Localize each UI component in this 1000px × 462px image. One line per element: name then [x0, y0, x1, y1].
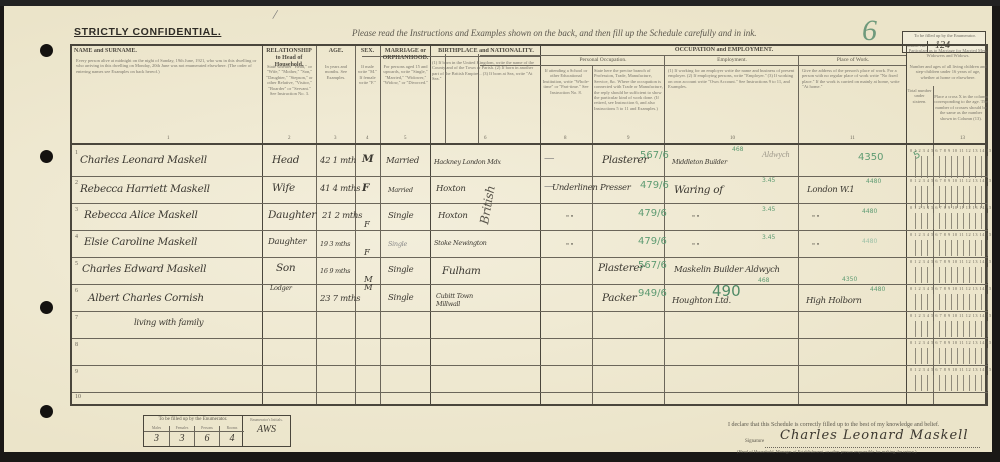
col-number: 9 [627, 136, 630, 141]
punch-hole [40, 405, 53, 418]
children-age-grid: 0 1 2 3 4 5 6 7 8 9 10 11 12 13 14 15 [910, 313, 988, 318]
totals-caption: To be filled up by the Enumerator. [144, 417, 242, 422]
relationship: Head [272, 154, 299, 166]
col-header-birthplace: BIRTHPLACE and NATIONALITY. [432, 48, 540, 55]
occupation-code: 567/6 [638, 260, 667, 271]
employer: " " [692, 214, 699, 222]
marital-status: Single [388, 265, 413, 275]
col-header-marriage: MARRIAGE or ORPHANHOOD. [382, 48, 429, 62]
relationship: Lodger [270, 284, 292, 292]
employer-code: 490 [712, 282, 741, 300]
col-number: 6 [484, 136, 487, 141]
workplace-code: 4350 [858, 152, 883, 163]
employer: Waring of [674, 184, 723, 196]
col-number: 1 [167, 136, 170, 141]
punch-hole [40, 150, 53, 163]
person-name: Charles Edward Maskell [82, 263, 206, 275]
person-name: Charles Leonard Maskell [80, 154, 207, 166]
col-header-children-total: Total number under sixteen. [907, 88, 932, 134]
children-age-grid: 0 1 2 3 4 5 6 7 8 9 10 11 12 13 14 15 [910, 232, 988, 237]
occupation: " " [566, 242, 573, 250]
col-header-name: NAME and SURNAME. [74, 48, 260, 55]
relationship: Daughter [268, 209, 316, 221]
totals-males: Males3 [144, 426, 169, 446]
col-header-marriage-text: For persons aged 15 and upwards, write "… [382, 64, 429, 134]
row-number: 2 [75, 180, 78, 186]
row-annotation: living with family [134, 318, 203, 328]
employer: Maskelin Builder Aldwych [674, 265, 780, 275]
totals-rooms: Rooms4 [219, 426, 244, 446]
occupation-code: 479/6 [638, 208, 667, 219]
employer-code: 468 [758, 277, 769, 284]
col-header-sex: SEX. [356, 48, 379, 55]
occupation: " " [566, 214, 573, 222]
col-header-occupation-group: OCCUPATION and EMPLOYMENT. [542, 47, 906, 54]
employer: Middleton Builder [672, 158, 727, 166]
signature-note: (Head of Household, Manager of Establish… [737, 449, 916, 454]
place-of-work: High Holborn [806, 296, 862, 306]
marital-status: Married [386, 156, 419, 166]
workplace-code: 4480 [862, 208, 877, 215]
col-header-personal-occupation: Personal Occupation. [542, 57, 664, 64]
occupation-code: 479/6 [640, 180, 669, 191]
age: 23 7 mths [320, 294, 360, 304]
marital-status: Single [388, 211, 413, 221]
employer-code: 3.45 [762, 206, 775, 213]
enumerator-initials-box: Enumerator's Initials. AWS [243, 415, 291, 447]
row-number: 8 [75, 342, 78, 348]
row-number: 4 [75, 234, 78, 240]
children-age-grid: 0 1 2 3 4 5 6 7 8 9 10 11 12 13 14 15 [910, 367, 988, 372]
confidential-heading: STRICTLY CONFIDENTIAL. [74, 26, 221, 38]
col-number: 4 [366, 136, 369, 141]
birthplace: Fulham [442, 265, 481, 277]
row-number: 5 [75, 261, 78, 267]
col-number: 11 [850, 136, 855, 141]
row-number: 1 [75, 150, 78, 156]
totals-persons: Persons6 [194, 426, 219, 446]
age: 19 3 mths [320, 240, 350, 248]
relationship: Wife [272, 182, 295, 194]
sex: F [364, 248, 370, 258]
occupation-code: 949/6 [638, 288, 667, 299]
row-number: 10 [75, 394, 81, 400]
col-header-birthplace-text: (1) If born in the United Kingdom, write… [432, 60, 538, 134]
sex: M [364, 283, 372, 293]
occupation: Packer [602, 292, 637, 304]
person-name: Rebecca Alice Maskell [84, 209, 198, 221]
instruction-line: Please read the Instructions and Example… [352, 28, 757, 38]
age: 21 2 mths [322, 211, 362, 221]
place-of-work: Aldwych [762, 150, 790, 159]
col-header-personal-occupation-text: State here the precise branch of Profess… [594, 68, 664, 134]
age: 42 1 mth [320, 156, 356, 166]
children-age-grid: 0 1 2 3 4 5 6 7 8 9 10 11 12 13 14 15 [910, 178, 988, 183]
person-name: Elsie Caroline Maskell [84, 236, 197, 248]
col-number: 8 [564, 136, 567, 141]
marital-status: Single [388, 240, 407, 248]
sex: F [364, 220, 370, 230]
birthplace: Hoxton [436, 184, 466, 194]
enumerator-box-label: To be filled up by the Enumerator. [905, 33, 985, 38]
household-schedule-table: NAME and SURNAME. Every person alive at … [70, 44, 988, 406]
workplace-code: 4350 [842, 276, 857, 283]
col-header-children-ages: Place a cross X in the column correspond… [934, 94, 988, 134]
col-number: 3 [334, 136, 337, 141]
enumerator-totals-box: To be filled up by the Enumerator. Males… [143, 415, 243, 447]
place-of-work: " " [812, 242, 819, 250]
col-number: 5 [404, 136, 407, 141]
children-age-grid: 0 1 2 3 4 5 6 7 8 9 10 11 12 13 14 15 [910, 148, 988, 153]
sex: F [362, 182, 369, 194]
birthplace: Stoke Newington [434, 239, 487, 247]
col-header-place-of-work: Place of Work. [800, 57, 906, 64]
totals-females: Females3 [169, 426, 194, 446]
children-age-grid: 0 1 2 3 4 5 6 7 8 9 10 11 12 13 14 15 [910, 286, 988, 291]
birthplace: Hoxton [438, 211, 468, 221]
col-header-name-text: Every person alive at midnight on the ni… [76, 58, 258, 134]
col-header-age-text: In years and months. See Examples. [318, 64, 354, 134]
col-header-age: AGE. [318, 48, 354, 55]
schedule-number: 6 [862, 14, 877, 48]
workplace-code: 4480 [870, 286, 885, 293]
relationship: Daughter [268, 237, 306, 247]
person-name: Rebecca Harriett Maskell [80, 183, 210, 195]
children-age-grid: 0 1 2 3 4 5 6 7 8 9 10 11 12 13 14 15 [910, 340, 988, 345]
signature: Charles Leonard Maskell [780, 428, 969, 443]
education: — [544, 152, 554, 164]
birthplace: Hackney London Mdx [434, 158, 501, 166]
marital-status: Married [388, 186, 413, 194]
col-number: 2 [288, 136, 291, 141]
col-header-employment-text: (1) If working for an employer write the… [668, 68, 796, 134]
place-of-work: " " [812, 214, 819, 222]
workplace-code: 4480 [862, 238, 877, 245]
employer: " " [692, 242, 699, 250]
col-header-children-title: Particulars as to Marriage for Married M… [908, 48, 988, 62]
children-age-grid: 0 1 2 3 4 5 6 7 8 9 10 11 12 13 14 15 [910, 259, 988, 264]
col-header-employment: Employment. [666, 57, 798, 64]
row-number: 6 [75, 288, 78, 294]
relationship: Son [276, 262, 295, 274]
birthplace: Cubitt Town Millwall [436, 292, 496, 309]
row-number: 9 [75, 369, 78, 375]
col-header-children-text: Number and ages of all living children a… [908, 64, 988, 84]
employer-code: 3.45 [762, 234, 775, 241]
col-header-education-text: If attending a School or other Education… [541, 68, 591, 134]
signature-line [765, 447, 980, 448]
col-number: 13 [960, 136, 965, 141]
occupation: Underlinen Presser [552, 183, 631, 193]
workplace-code: 4480 [866, 178, 881, 185]
col-number: 10 [730, 136, 735, 141]
punch-hole [40, 44, 53, 57]
sex: M [362, 153, 373, 165]
col-header-sex-text: If male write "M." If female write "F." [356, 64, 379, 134]
occupation-code: 567/6 [640, 150, 669, 161]
col-header-relationship-text: State whether "Head," or "Wife," "Mother… [265, 64, 314, 134]
signature-label: Signature [745, 439, 764, 444]
row-number: 3 [75, 207, 78, 213]
col-header-place-of-work-text: Give the address of the person's place o… [802, 68, 904, 134]
age: 16 9 mths [320, 267, 350, 275]
employer-code: 468 [732, 146, 743, 153]
marital-status: Single [388, 293, 413, 303]
enumerator-initials: AWS [243, 424, 290, 435]
children-age-grid: 0 1 2 3 4 5 6 7 8 9 10 11 12 13 14 15 [910, 205, 988, 210]
place-of-work: London W.1 [807, 185, 854, 195]
punch-hole [40, 301, 53, 314]
age: 41 4 mths [320, 184, 360, 194]
occupation-code: 479/6 [638, 236, 667, 247]
employer-code: 3.45 [762, 177, 775, 184]
person-name: Albert Charles Cornish [88, 292, 204, 304]
row-number: 7 [75, 315, 78, 321]
margin-annotation: British [477, 185, 498, 226]
